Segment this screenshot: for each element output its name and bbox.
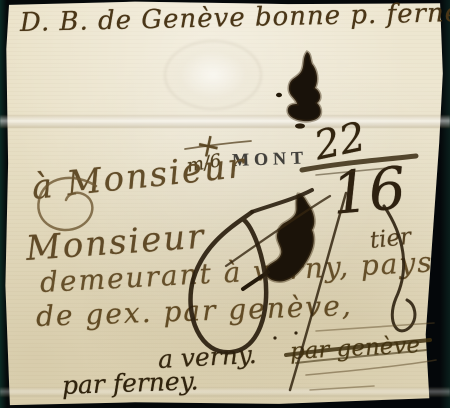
redirection-par-ferney: par ferney. xyxy=(61,366,198,400)
embossed-seal-impression xyxy=(164,40,262,110)
horizontal-fold-crease xyxy=(0,115,450,128)
rate-16: 16 xyxy=(329,154,408,228)
photo-backdrop: D. B. de Genève bonne p. ferney + m/6 MO… xyxy=(0,0,450,408)
